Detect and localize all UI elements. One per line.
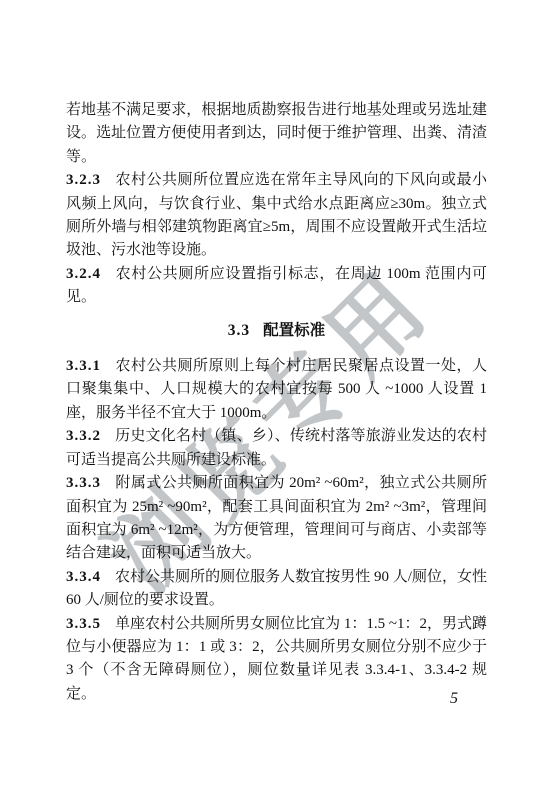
clause-paragraph: 3.3.3附属式公共厕所面积宜为 20m² ~60m²，独立式公共厕所面积宜为 … [66,472,487,566]
clause-number: 3.2.3 [66,172,101,188]
clause-paragraph: 若地基不满足要求，根据地质勘察报告进行地基处理或另选址建设。选址位置方便使用者到… [66,99,487,169]
clause-paragraph: 3.3.2历史文化名村（镇、乡）、传统村落等旅游业发达的农村可适当提高公共厕所建… [66,425,487,472]
clause-text: 若地基不满足要求，根据地质勘察报告进行地基处理或另选址建设。选址位置方便使用者到… [66,102,487,165]
clause-paragraph: 3.3.4农村公共厕所的厕位服务人数宜按男性 90 人/厕位，女性 60 人/厕… [66,566,487,613]
clause-text: 历史文化名村（镇、乡）、传统村落等旅游业发达的农村可适当提高公共厕所建设标准。 [66,428,487,467]
section-heading-title: 配置标准 [263,322,325,339]
clause-paragraph: 3.2.3农村公共厕所位置应选在常年主导风向的下风向或最小风频上风向，与饮食行业… [66,169,487,263]
document-page: 浏览专用 若地基不满足要求，根据地质勘察报告进行地基处理或另选址建设。选址位置方… [0,0,551,790]
clause-text: 附属式公共厕所面积宜为 20m² ~60m²，独立式公共厕所面积宜为 25m² … [66,475,487,561]
clause-number: 3.3.2 [66,428,101,444]
clause-number: 3.3.4 [66,569,101,585]
clause-text: 农村公共厕所原则上每个村庄居民聚居点设置一处，人口聚集集中、人口规模大的农村宜按… [66,358,487,421]
clause-text: 单座农村公共厕所男女厕位比宜为 1：1.5 ~1：2，男式蹲位与小便器应为 1：… [66,616,487,702]
clause-number: 3.3.3 [66,475,101,491]
clause-text: 农村公共厕所的厕位服务人数宜按男性 90 人/厕位，女性 60 人/厕位的要求设… [66,569,487,608]
clause-number: 3.3.5 [66,616,101,632]
page-number: 5 [450,690,458,708]
clause-paragraph: 3.2.4农村公共厕所应设置指引标志，在周边 100m 范围内可见。 [66,263,487,310]
clause-number: 3.3.1 [66,358,101,374]
clause-text: 农村公共厕所应设置指引标志，在周边 100m 范围内可见。 [66,266,487,305]
page-content: 若地基不满足要求，根据地质勘察报告进行地基处理或另选址建设。选址位置方便使用者到… [66,99,487,706]
clause-number: 3.2.4 [66,266,101,282]
clause-paragraph: 3.3.1农村公共厕所原则上每个村庄居民聚居点设置一处，人口聚集集中、人口规模大… [66,355,487,425]
clause-paragraph: 3.3.5单座农村公共厕所男女厕位比宜为 1：1.5 ~1：2，男式蹲位与小便器… [66,613,487,707]
clause-text: 农村公共厕所位置应选在常年主导风向的下风向或最小风频上风向，与饮食行业、集中式给… [66,172,487,258]
section-heading: 3.3配置标准 [66,319,487,342]
section-heading-number: 3.3 [228,322,250,339]
